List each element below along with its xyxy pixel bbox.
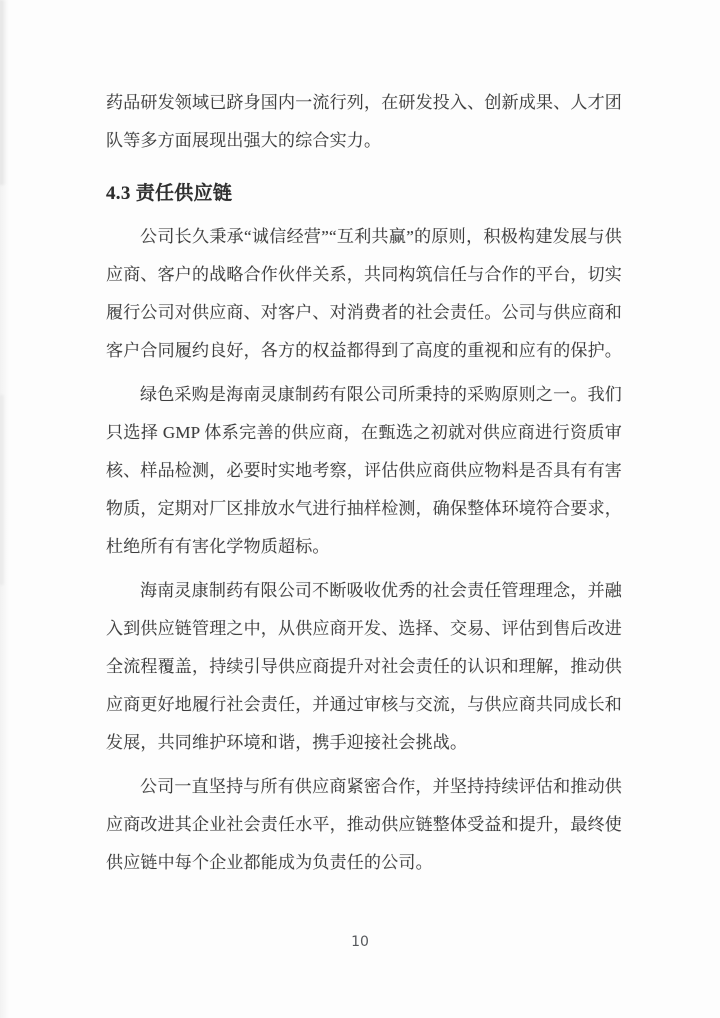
page-number: 10 [0,932,720,952]
document-text-block: 药品研发领域已跻身国内一流行列，在研发投入、创新成果、人才团队等多方面展现出强大… [106,84,622,882]
scan-edge-shadow [0,0,9,1018]
section-heading: 4.3 责任供应链 [106,176,622,212]
body-paragraph-3: 海南灵康制药有限公司不断吸收优秀的社会责任管理理念，并融入到供应链管理之中，从供… [106,572,622,762]
body-paragraph-1: 公司长久秉承“诚信经营”“互利共赢”的原则，积极构建发展与供应商、客户的战略合作… [106,218,622,370]
body-paragraph-4: 公司一直坚持与所有供应商紧密合作，并坚持持续评估和推动供应商改进其企业社会责任水… [106,768,622,882]
scanned-document-page: 药品研发领域已跻身国内一流行列，在研发投入、创新成果、人才团队等多方面展现出强大… [0,0,720,1018]
body-paragraph-2: 绿色采购是海南灵康制药有限公司所秉持的采购原则之一。我们只选择 GMP 体系完善… [106,376,622,566]
scan-smudge-mid [0,395,6,585]
continued-paragraph: 药品研发领域已跻身国内一流行列，在研发投入、创新成果、人才团队等多方面展现出强大… [106,84,622,160]
scan-smudge-top [0,0,7,185]
